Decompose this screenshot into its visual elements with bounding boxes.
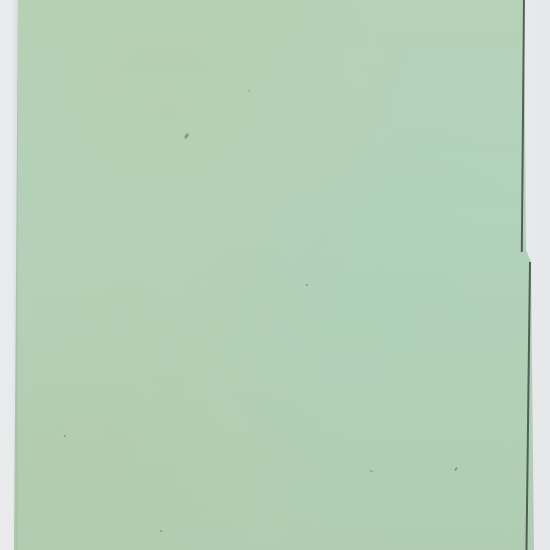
paper-speck xyxy=(248,90,250,92)
paper-speck xyxy=(370,470,373,472)
paper-speck xyxy=(306,284,308,286)
paper-cover xyxy=(0,0,550,550)
paper-speck xyxy=(160,530,162,532)
cover-left-edge-shadow xyxy=(12,0,18,550)
paper-speck xyxy=(64,435,66,437)
photo-scene: Photograph of a plain mint-green paper b… xyxy=(0,0,550,550)
image-description: Photograph of a plain mint-green paper b… xyxy=(0,0,1,1)
